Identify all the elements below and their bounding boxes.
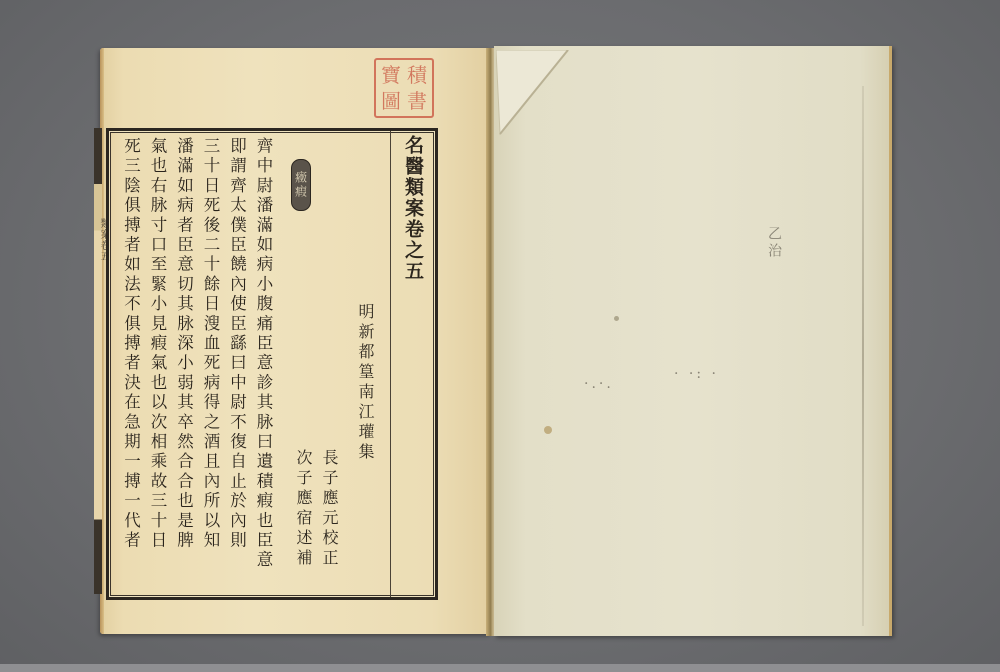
open-book: 類案卷五 寶 積 圖 書 名醫類案卷之五 明新都篁南江瓘集 長子應元校正 次子應… <box>100 46 892 636</box>
folded-corner-shape <box>496 50 576 140</box>
section-tag: 癥瘕 <box>291 159 311 211</box>
text-line: 死三陰俱搏者如法不俱搏者決在急期一搏一代者 <box>117 137 144 589</box>
text-line: 即謂齊太僕臣饒內使臣繇曰中尉不復自止於內則 <box>223 137 250 589</box>
seal-char: 書 <box>404 88 430 114</box>
book-title: 名醫類案卷之五 <box>393 135 433 282</box>
bleed-through-marks: · ·: · <box>674 366 719 382</box>
text-line: 齊中尉潘滿如病小腹痛臣意診其脉曰遺積瘕也臣意 <box>250 137 277 589</box>
fore-edge-margin-rail <box>94 128 102 594</box>
text-line: 三十日死後二十餘日溲血死病得之酒且內所以知 <box>197 137 224 589</box>
bottom-edge-strip <box>0 664 1000 672</box>
left-page: 類案卷五 寶 積 圖 書 名醫類案卷之五 明新都篁南江瓘集 長子應元校正 次子應… <box>100 48 490 634</box>
collector-seal: 寶 積 圖 書 <box>374 58 434 118</box>
folded-paper-flap <box>496 50 576 140</box>
text-line: 氣也右脉寸口至緊小見瘕氣也以次相乘故三十日 <box>144 137 171 589</box>
seal-char: 積 <box>404 62 430 88</box>
body-text: 齊中尉潘滿如病小腹痛臣意診其脉曰遺積瘕也臣意 即謂齊太僕臣饒內使臣繇曰中尉不復自… <box>117 137 276 589</box>
bleed-through-marks: ·.·. <box>584 376 614 392</box>
editor-line-1: 長子應元校正 <box>317 449 341 569</box>
editor-line-2: 次子應宿述補 <box>291 449 315 569</box>
page-fold-line <box>862 86 864 626</box>
seal-char: 寶 <box>378 62 404 88</box>
paper-stain <box>544 426 552 434</box>
author-line: 明新都篁南江瓘集 <box>353 303 377 463</box>
column-rule <box>390 131 391 597</box>
text-line: 潘滿如病者臣意切其脉深小弱其卒然合合也是脾 <box>170 137 197 589</box>
printed-text-frame: 名醫類案卷之五 明新都篁南江瓘集 長子應元校正 次子應宿述補 癥瘕 齊中尉潘滿如… <box>106 128 438 600</box>
paper-stain <box>614 316 619 321</box>
bleed-through-marks: 乙治 <box>764 226 784 260</box>
seal-char: 圖 <box>378 88 404 114</box>
